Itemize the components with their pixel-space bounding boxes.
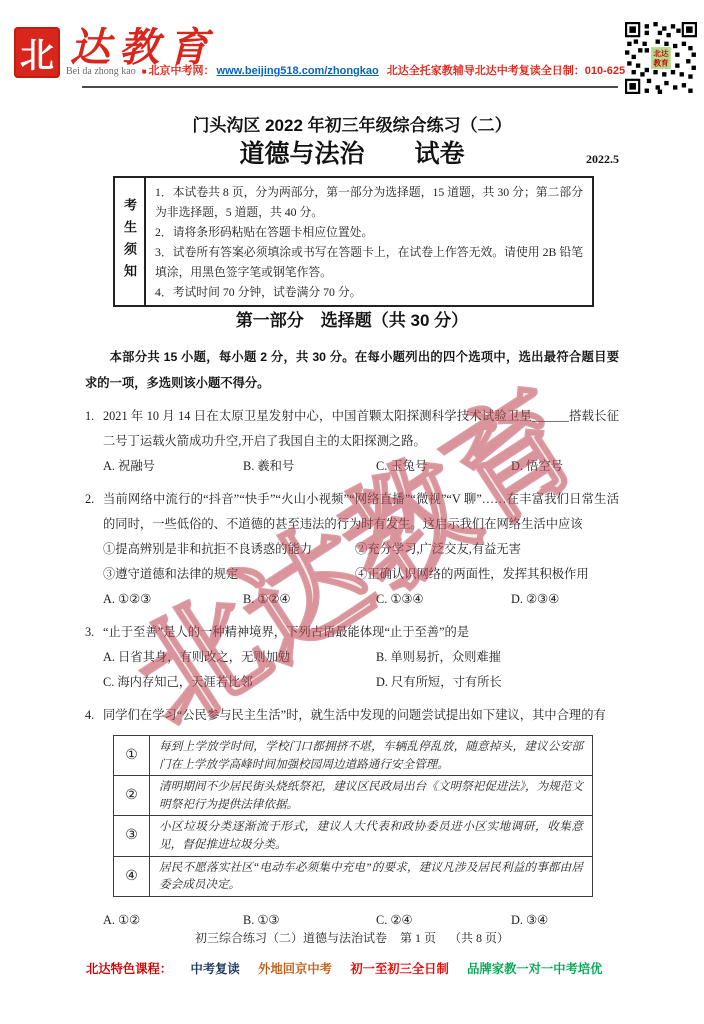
notice-label-cell: 考生须知 (115, 178, 146, 305)
qr-center-text-2: 教育 (652, 58, 669, 68)
table-row: ④ 居民不愿落实社区“电动车必须集中充电”的要求，建议凡涉及居民利益的事都由居委… (114, 856, 593, 896)
q4-row-4-text: 居民不愿落实社区“电动车必须集中充电”的要求，建议凡涉及居民利益的事都由居委会成… (150, 856, 593, 896)
square-bullet-icon: ■ (142, 67, 147, 76)
site-label: 北京中考网： (149, 62, 215, 78)
promo-segment-label: 北达特色课程： (86, 962, 172, 976)
question-4: 4. 同学们在学习“公民参与民主生活”时，就生活中发现的问题尝试提出如下建议，其… (85, 703, 619, 933)
q4-row-1-no: ① (114, 736, 150, 776)
promo-segment-1: 中考复读 (191, 962, 240, 976)
q1-option-d: D. 悟空号 (511, 454, 619, 479)
seal-character: 北 (20, 28, 54, 77)
q3-option-c: C. 海内存知己，天涯若比邻 (103, 670, 376, 695)
q2-statement-1: ①提高辨别是非和抗拒不良诱惑的能力 (103, 537, 355, 562)
notice-label: 考生须知 (120, 198, 139, 286)
footer-page-total: （共 8 页） (449, 931, 509, 945)
q3-option-a: A. 日省其身，有则改之，无则加勉 (103, 645, 376, 670)
question-1-options: A. 祝融号 B. 羲和号 C. 玉兔号 D. 悟空号 (103, 454, 619, 479)
question-1-number: 1. (85, 404, 103, 479)
question-3-text: “止于至善”是人的一种精神境界，下列古语最能体现“止于至善”的是 (103, 620, 619, 645)
question-area: 本部分共 15 小题，每小题 2 分，共 30 分。在每小题列出的四个选项中，选… (85, 344, 619, 933)
section-intro: 本部分共 15 小题，每小题 2 分，共 30 分。在每小题列出的四个选项中，选… (85, 344, 619, 396)
question-1: 1. 2021 年 10 月 14 日在太原卫星发射中心，中国首颗太阳探测科学技… (85, 404, 619, 479)
q1-option-a: A. 祝融号 (103, 454, 243, 479)
q4-row-2-text: 清明期间不少居民街头烧纸祭祀，建议区民政局出台《文明祭祀促进法》，为规范文明祭祀… (150, 776, 593, 816)
question-3-number: 3. (85, 620, 103, 695)
q2-statement-3: ③遵守道德和法律的规定 (103, 562, 355, 587)
question-4-table: ① 每到上学放学时间，学校门口都拥挤不堪，车辆乱停乱放，随意掉头，建议公安部门在… (113, 735, 593, 897)
table-row: ② 清明期间不少居民街头烧纸祭祀，建议区民政局出台《文明祭祀促进法》，为规范文明… (114, 776, 593, 816)
notice-items: 1．本试卷共 8 页，分为两部分，第一部分为选择题，15 道题，共 30 分；第… (146, 178, 592, 305)
footer-page-number: 第 1 页 (400, 931, 436, 945)
examinee-notice-box: 考生须知 1．本试卷共 8 页，分为两部分，第一部分为选择题，15 道题，共 3… (113, 176, 594, 307)
q4-row-3-text: 小区垃圾分类逐渐流于形式，建议人大代表和政协委员进小区实地调研，收集意见，督促推… (150, 816, 593, 856)
question-4-text: 同学们在学习“公民参与民主生活”时，就生活中发现的问题尝试提出如下建议，其中合理… (103, 703, 619, 728)
qr-code: 北达 教育 (625, 21, 697, 95)
question-4-number: 4. (85, 703, 103, 933)
page-footer: 初三综合练习（二）道德与法治试卷 第 1 页 （共 8 页） (0, 929, 704, 946)
brand-seal-logo: 北 (14, 27, 60, 78)
notice-item-2: 2．请将条形码粘贴在答题卡相应位置处。 (155, 222, 583, 242)
q2-statement-4: ④正确认识网络的两面性，发挥其积极作用 (355, 562, 619, 587)
brand-pinyin: Bei da zhong kao (66, 66, 136, 77)
notice-item-1: 1．本试卷共 8 页，分为两部分，第一部分为选择题，15 道题，共 30 分；第… (155, 182, 583, 222)
q4-row-3-no: ③ (114, 816, 150, 856)
question-2-options: A. ①②③ B. ①②④ C. ①③④ D. ②③④ (103, 587, 619, 612)
q1-option-c: C. 玉兔号 (376, 454, 511, 479)
promo-segment-4: 品牌家教一对一中考培优 (467, 962, 602, 976)
header-divider (82, 86, 618, 88)
header-promo-a: 北达全托家教辅导 (387, 62, 475, 78)
footer-paper-title: 初三综合练习（二）道德与法治试卷 (195, 931, 387, 945)
notice-item-4: 4．考试时间 70 分钟，试卷满分 70 分。 (155, 282, 583, 302)
q3-option-b: B. 单则易折，众则难摧 (376, 645, 619, 670)
question-2-statements: ①提高辨别是非和抗拒不良诱惑的能力 ②充分学习,广泛交友,有益无害 ③遵守道德和… (103, 537, 619, 587)
section-heading: 第一部分 选择题（共 30 分） (0, 306, 704, 331)
q2-option-c: C. ①③④ (376, 587, 511, 612)
question-3-options: A. 日省其身，有则改之，无则加勉 B. 单则易折，众则难摧 C. 海内存知己，… (103, 645, 619, 695)
q4-row-1-text: 每到上学放学时间，学校门口都拥挤不堪，车辆乱停乱放，随意掉头，建议公安部门在上学… (150, 736, 593, 776)
exam-title: 门头沟区 2022 年初三年级综合练习（二） (0, 111, 704, 136)
notice-item-3: 3．试卷所有答案必须填涂或书写在答题卡上，在试卷上作答无效。请使用 2B 铅笔填… (155, 242, 583, 282)
site-url-link[interactable]: www.beijing518.com/zhongkao (217, 65, 379, 77)
paper-date: 2022.5 (586, 152, 619, 167)
question-1-text: 2021 年 10 月 14 日在太原卫星发射中心，中国首颗太阳探测科学技术试验… (103, 404, 619, 454)
table-row: ③ 小区垃圾分类逐渐流于形式，建议人大代表和政协委员进小区实地调研，收集意见，督… (114, 816, 593, 856)
q2-option-d: D. ②③④ (511, 587, 619, 612)
header-info-row: Bei da zhong kao ■ 北京中考网： www.beijing518… (66, 62, 618, 78)
q1-option-b: B. 羲和号 (243, 454, 376, 479)
promo-line: 北达特色课程： 中考复读 外地回京中考 初一至初三全日制 品牌家教一对一中考培优 (86, 959, 646, 977)
q3-option-d: D. 尺有所短，寸有所长 (376, 670, 619, 695)
question-2-text: 当前网络中流行的“抖音”“快手”“火山小视频”“网络直播”“微视”“V 聊”……… (103, 487, 619, 537)
question-3: 3. “止于至善”是人的一种精神境界，下列古语最能体现“止于至善”的是 A. 日… (85, 620, 619, 695)
q2-statement-2: ②充分学习,广泛交友,有益无害 (355, 537, 619, 562)
qr-code-graphic: 北达 教育 (625, 21, 697, 95)
promo-segment-2: 外地回京中考 (258, 962, 332, 976)
table-row: ① 每到上学放学时间，学校门口都拥挤不堪，车辆乱停乱放，随意掉头，建议公安部门在… (114, 736, 593, 776)
q4-row-2-no: ② (114, 776, 150, 816)
qr-center-text-1: 北达 (653, 48, 669, 58)
q4-row-4-no: ④ (114, 856, 150, 896)
question-2-number: 2. (85, 487, 103, 612)
exam-paper-page: 北 达教育 Bei da zhong kao ■ 北京中考网： www.beij… (0, 0, 704, 1024)
q2-option-b: B. ①②④ (243, 587, 376, 612)
header: 北 达教育 Bei da zhong kao ■ 北京中考网： www.beij… (0, 0, 704, 100)
question-2: 2. 当前网络中流行的“抖音”“快手”“火山小视频”“网络直播”“微视”“V 聊… (85, 487, 619, 612)
promo-segment-3: 初一至初三全日制 (350, 962, 448, 976)
q2-option-a: A. ①②③ (103, 587, 243, 612)
